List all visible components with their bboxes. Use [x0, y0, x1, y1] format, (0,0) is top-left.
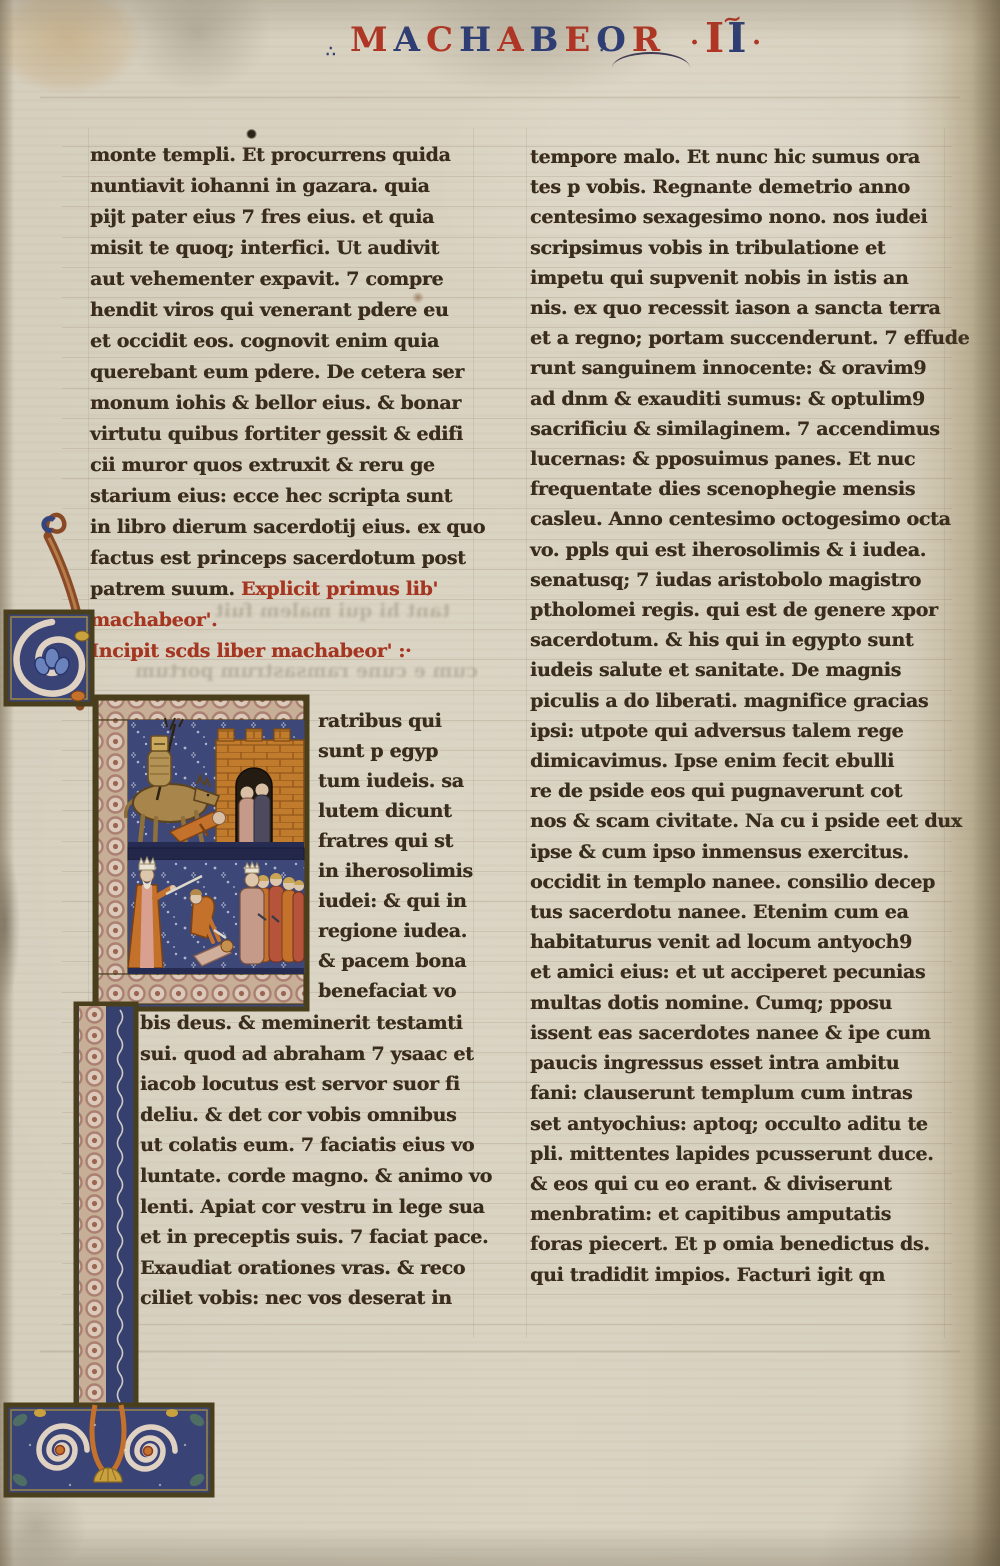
castle-gate [216, 729, 304, 848]
initial-foot-ornament [6, 1405, 212, 1495]
left-column-beside-miniature: ratribus quisunt p egyptum iudeis. salut… [318, 706, 473, 1006]
display-letter: B [530, 20, 565, 60]
text-line: querebant eum pdere. De cetera ser [90, 357, 485, 388]
text-line: monum iohis & bellor eius. & bonar [90, 388, 485, 419]
header-ornament: ∴ [326, 42, 336, 60]
display-letter: C [426, 20, 459, 60]
text-line: paucis ingressus esset intra ambitu [530, 1048, 969, 1078]
initial-shaft [76, 1004, 136, 1408]
text-line: tum iudeis. sa [318, 766, 473, 796]
text-line: et occidit eos. cognovit enim quia [90, 326, 485, 357]
text-line: ptholomei regis. qui est de genere xpor [530, 595, 969, 625]
text-line: & eos qui cu eo erant. & diviserunt [530, 1169, 969, 1199]
text-line: senatusq; 7 iudas aristobolo magistro [530, 565, 969, 595]
text-line: virtutu quibus fortiter gessit & edifi [90, 419, 485, 450]
right-column: tempore malo. Et nunc hic sumus orates p… [530, 142, 969, 1290]
initial-top-ornament [6, 612, 92, 704]
text-line: centesimo sexagesimo nono. nos iudei [530, 202, 969, 232]
text-line: et a regno; portam succenderunt. 7 effud… [530, 323, 969, 353]
text-line: scripsimus vobis in tribulatione et [530, 233, 969, 263]
text-line: nuntiavit iohanni in gazara. quia [90, 171, 485, 202]
running-header: ∴ MACHABEOR ∴ · II ∼ · [0, 12, 1000, 78]
miniature-panel [95, 697, 307, 1009]
text-line: multas dotis nomine. Cumq; pposu [530, 988, 969, 1018]
text-line: iudei: & qui in [318, 886, 473, 916]
text-line: pli. mittentes lapides pcusserunt duce. [530, 1139, 969, 1169]
book-title: MACHABEOR [350, 20, 666, 60]
illuminated-initial-F [0, 500, 320, 1500]
text-line: in iherosolimis [318, 856, 473, 886]
text-line: tus sacerdotu nanee. Etenim cum ea [530, 897, 969, 927]
text-line: cii muror quos extruxit & reru ge [90, 450, 485, 481]
text-line: re de pside eos qui pugnaverunt cot [530, 776, 969, 806]
text-line: sacerdotum. & his qui in egypto sunt [530, 625, 969, 655]
text-line: runt sanguinem innocente: & oravim9 [530, 353, 969, 383]
text-line: hendit viros qui venerant pdere eu [90, 295, 485, 326]
text-line: & pacem bona [318, 946, 473, 976]
text-line: tes p vobis. Regnante demetrio anno [530, 172, 969, 202]
text-line: dimicavimus. Ipse enim fecit ebulli [530, 746, 969, 776]
text-line: pijt pater eius 7 fres eius. et quia [90, 202, 485, 233]
text-line: impetu qui supvenit nobis in istis an [530, 263, 969, 293]
dark-speck [246, 129, 257, 139]
text-line: occidit in templo nanee. consilio decep [530, 867, 969, 897]
display-letter: E [564, 20, 596, 60]
text-line: vo. ppls qui est iherosolimis & i iudea. [530, 535, 969, 565]
text-line: regione iudea. [318, 916, 473, 946]
text-line: lutem dicunt [318, 796, 473, 826]
text-line: sunt p egyp [318, 736, 473, 766]
text-line: set antyochius: aptoq; occulto aditu te [530, 1109, 969, 1139]
text-line: frequentate dies scenophegie mensis [530, 474, 969, 504]
display-letter: A [497, 20, 529, 60]
text-line: nis. ex quo recessit iason a sancta terr… [530, 293, 969, 323]
text-line: misit te quoq; interfici. Ut audivit [90, 233, 485, 264]
text-line: ipse & cum ipso inmensus exercitus. [530, 837, 969, 867]
display-letter: A [394, 20, 426, 60]
chapter-tilde: ∼ [720, 3, 744, 35]
text-line: fani: clauserunt templum cum intras [530, 1078, 969, 1108]
text-line: habitaturus venit ad locum antyoch9 [530, 927, 969, 957]
header-ornament: ∴ [600, 38, 610, 56]
text-line: ad dnm & exauditi sumus: & optulim9 [530, 384, 969, 414]
text-line: sacrificiu & similaginem. 7 accendimus [530, 414, 969, 444]
text-line: ipsi: utpote qui adversus talem rege [530, 716, 969, 746]
scene-divider [128, 848, 304, 860]
text-line: iudeis salute et sanitate. De magnis [530, 655, 969, 685]
text-line: benefaciat vo [318, 976, 473, 1006]
display-letter: M [350, 20, 394, 60]
text-line: menbratim: et capitibus amputatis [530, 1199, 969, 1229]
text-line: qui tradidit impios. Facturi igit qn [530, 1260, 969, 1290]
text-line: foras piecert. Et p omia benedictus ds. [530, 1229, 969, 1259]
text-line: et amici eius: et ut acciperet pecunias [530, 957, 969, 987]
miniature-upper-scene [126, 718, 304, 848]
text-line: issent eas sacerdotes nanee & ipe cum [530, 1018, 969, 1048]
text-line: tempore malo. Et nunc hic sumus ora [530, 142, 969, 172]
text-line: ratribus qui [318, 706, 473, 736]
text-line: monte templi. Et procurrens quida [90, 140, 485, 171]
display-letter: H [459, 20, 497, 60]
chapter-dot: · [690, 28, 699, 58]
manuscript-page: tant hi qui malem fuit cum e cune ramsas… [0, 0, 1000, 1566]
crease-line [40, 96, 960, 99]
text-line: aut vehementer expavit. 7 compre [90, 264, 485, 295]
text-line: casleu. Anno centesimo octogesimo octa [530, 504, 969, 534]
chapter-dot: · [752, 28, 761, 58]
text-line: fratres qui st [318, 826, 473, 856]
ruling-line [526, 128, 527, 1338]
text-line: nos & scam civitate. Na cu i pside eet d… [530, 806, 969, 836]
text-line: lucernas: & pposuimus panes. Et nuc [530, 444, 969, 474]
text-line: piculis a do liberati. magnifice gracias [530, 686, 969, 716]
miniature-lower-scene [128, 857, 304, 974]
